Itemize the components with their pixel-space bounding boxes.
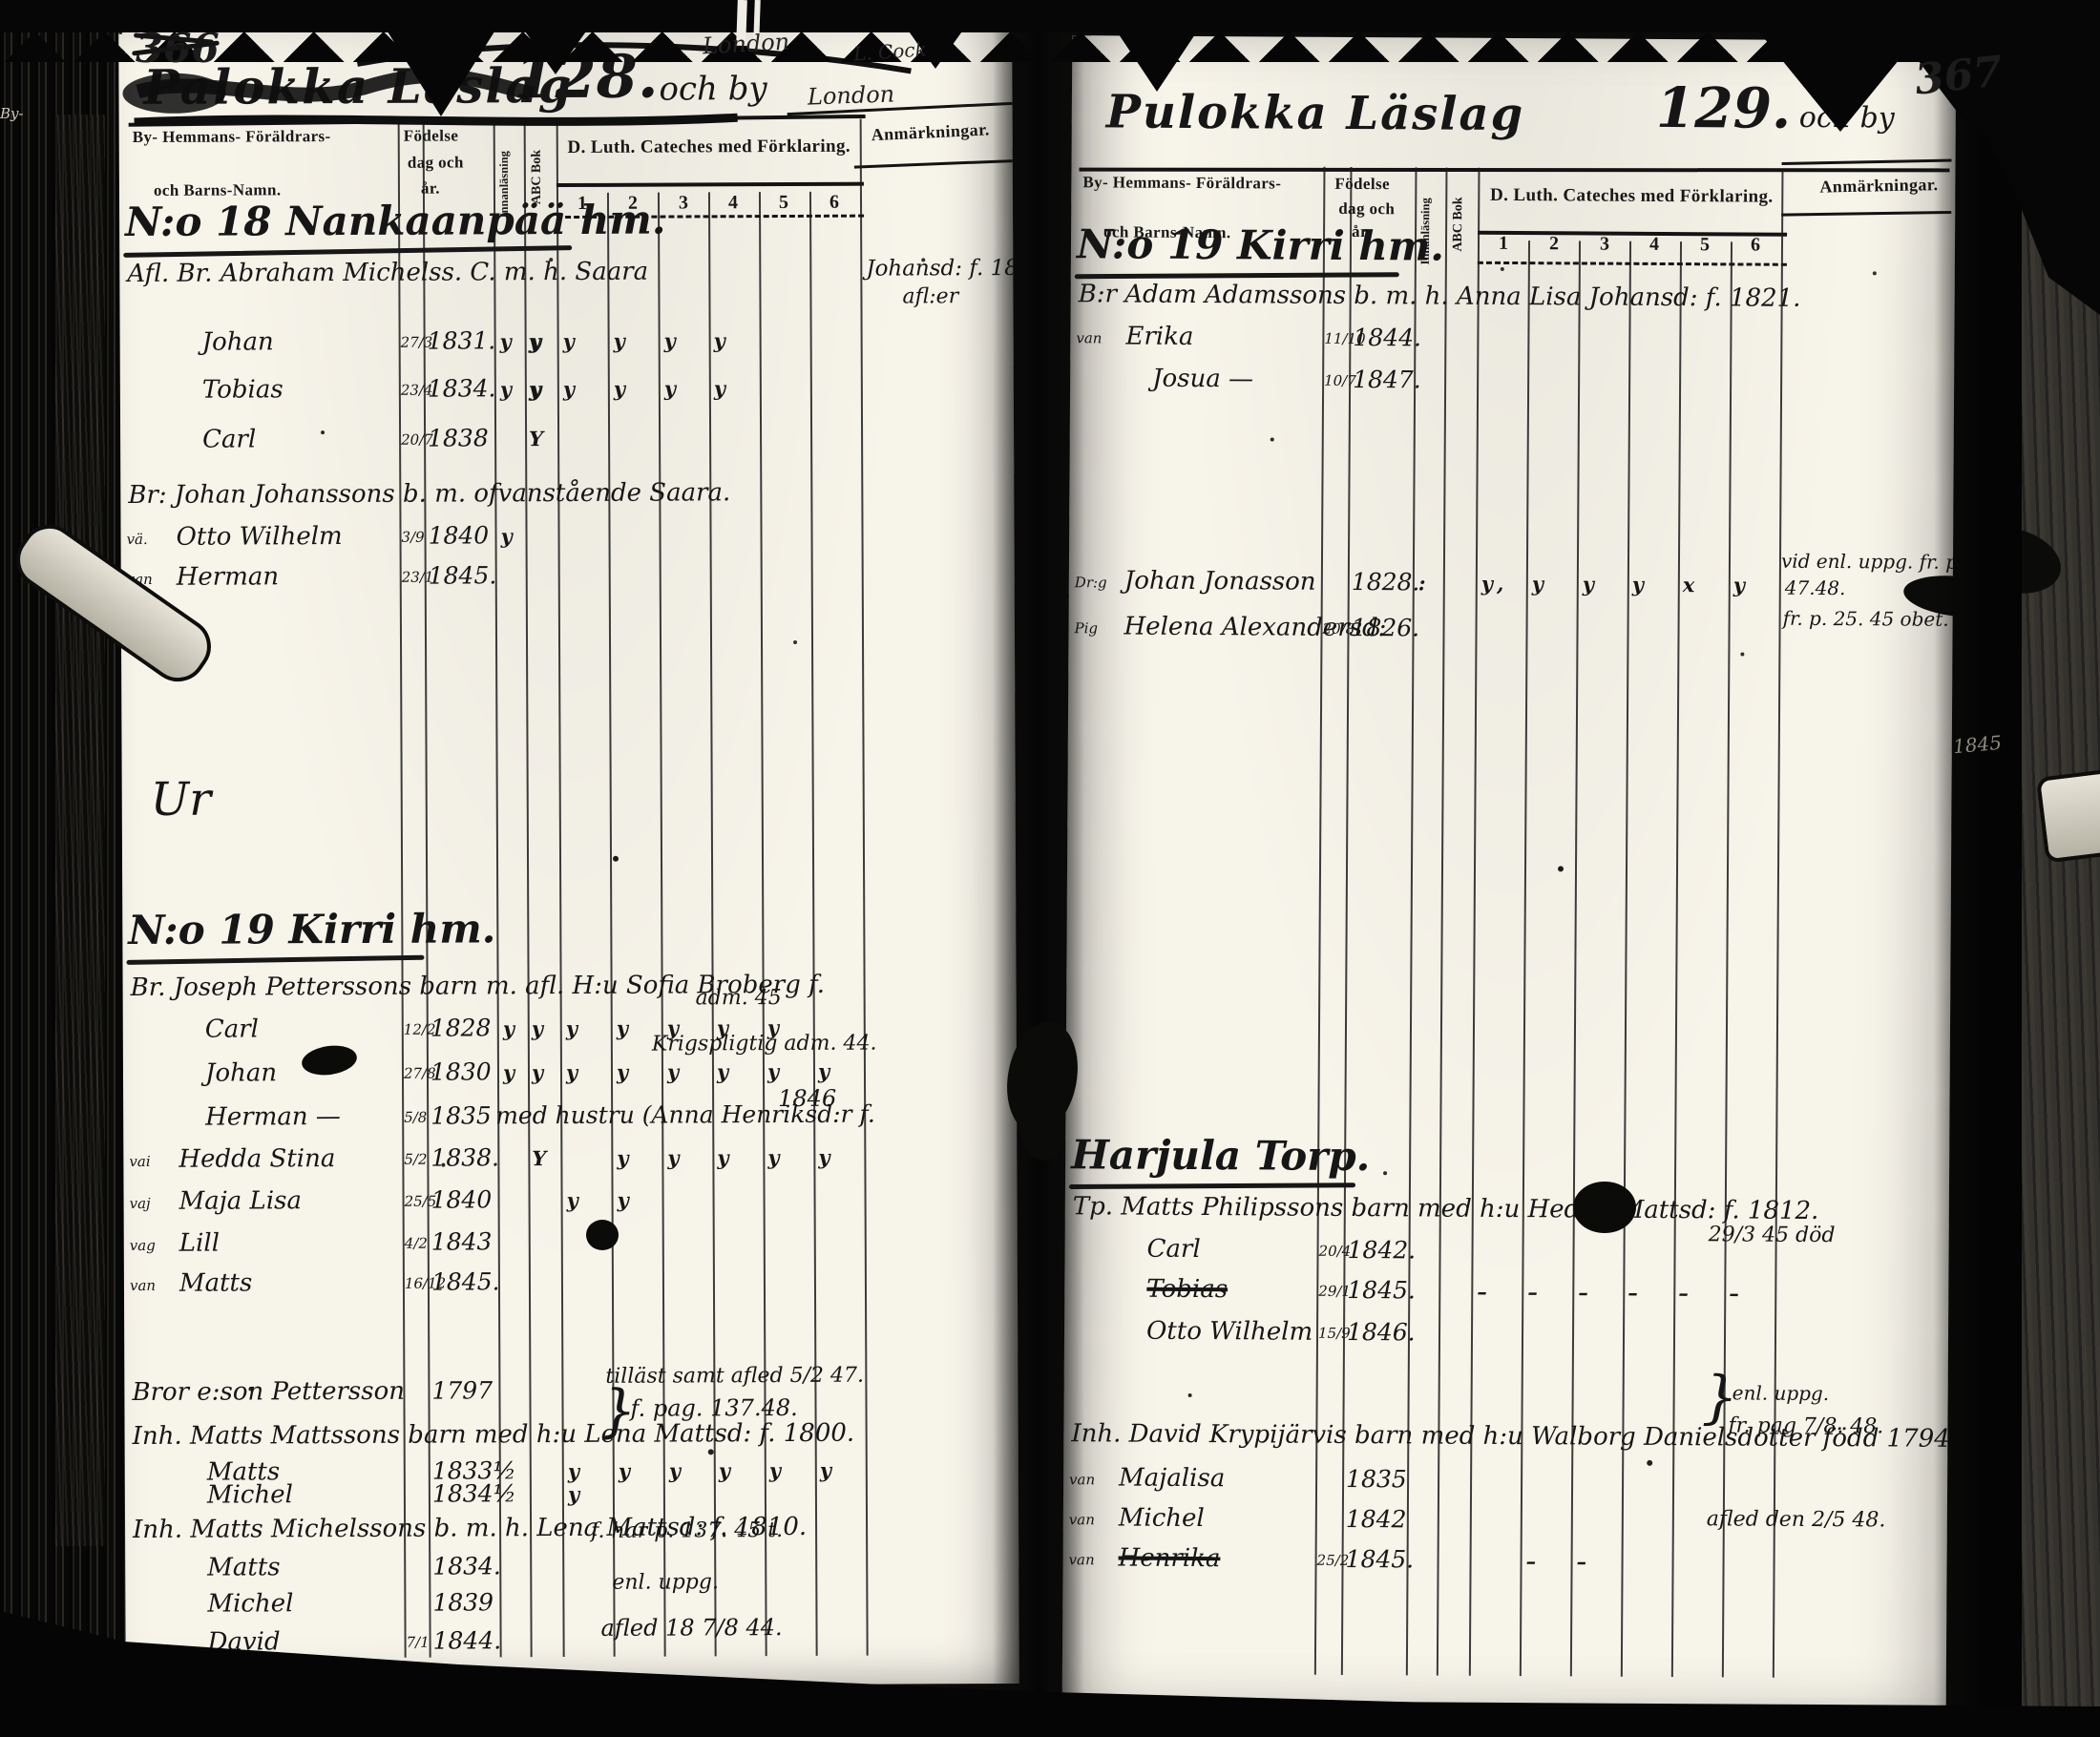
heading-underline (126, 955, 424, 965)
person-name: Otto Wilhelm (176, 522, 342, 552)
check-mark: y (1532, 572, 1549, 596)
section-heading: N:o 19 Kirri hm. (128, 905, 495, 953)
check-mark: y (714, 328, 731, 352)
corner-page-number: 367 (1913, 47, 2005, 104)
person-name: Maja Lisa (179, 1186, 303, 1216)
check-mark: y (669, 1458, 686, 1482)
margin-note: enl. uppg. (1732, 1381, 1830, 1405)
brace-mark: } (599, 1378, 636, 1445)
check-mark: y (563, 377, 580, 401)
grid-line (860, 119, 869, 1656)
record-head-row: B:r Adam Adamssons b. m. h. Anna Lisa Jo… (1079, 280, 1801, 313)
book-clasp (2036, 768, 2100, 863)
check-mark: Y (529, 427, 549, 450)
column-header-abc: ABC Bok (1451, 176, 1466, 252)
birth-year: 1844. (433, 1626, 502, 1654)
birth-date: 10/7 (1324, 372, 1356, 389)
check-mark: – (1729, 1281, 1745, 1305)
check-mark: y (529, 377, 546, 401)
heading-underline (1069, 1182, 1355, 1189)
person-name: Henrika (1118, 1544, 1220, 1574)
check-mark: y (618, 1188, 635, 1212)
check-mark: y (714, 376, 731, 400)
check-mark: y (1632, 573, 1649, 596)
check-mark: y (566, 1060, 583, 1084)
record-head-row: Inh. Matts Mattssons barn med h:u Lena M… (133, 1419, 855, 1451)
name-prefix: vä. (127, 531, 148, 548)
birth-year: 1830 (430, 1057, 492, 1085)
check-mark: y (719, 1458, 736, 1482)
margin-note: afled 18 7/8 44. (600, 1614, 782, 1642)
torn-edge (0, 0, 2100, 32)
margin-note: fr. pag 7/8. 48. (1728, 1413, 1883, 1438)
check-mark: y (1733, 573, 1751, 596)
grid-line (1671, 241, 1682, 1677)
person-name: David (208, 1627, 281, 1656)
page-title: Pulokka Läslag (1106, 85, 1525, 141)
birth-year: 1835 (430, 1101, 492, 1129)
person-name: Majalisa (1119, 1464, 1225, 1494)
birth-date: 29/1 (1318, 1283, 1351, 1300)
check-mark: y, (1481, 572, 1510, 596)
birth-year: 1838 (428, 424, 489, 451)
birth-date: 25/2 (1317, 1552, 1350, 1569)
birth-year: 1842. (1347, 1236, 1416, 1264)
margin-note: 29/3 45 död (1709, 1223, 1836, 1247)
left-page: Palokka Läslag 128. och by By- Hemmans- … (118, 27, 1019, 1687)
torn-edge-tooth (523, 29, 588, 74)
person-name: Hedda Stina (178, 1144, 335, 1174)
check-mark: y (820, 1458, 837, 1482)
check-mark: – (1527, 1280, 1543, 1304)
catechism-rule (1478, 231, 1787, 237)
check-mark: y (568, 1482, 585, 1506)
check-mark: – (1477, 1280, 1493, 1304)
person-name: Matts (207, 1553, 281, 1581)
column-header-birth: Födelse (1334, 175, 1390, 194)
margin-note: enl. uppg. (612, 1570, 719, 1594)
margin-note: vid enl. uppg. fr. p. 123. bevistat (1781, 550, 1956, 575)
birth-year: 1840 (428, 521, 489, 549)
birth-year: 1834½ (432, 1479, 516, 1507)
check-mark: y (617, 1060, 634, 1084)
check-mark: x (1683, 573, 1701, 596)
book-spine-texture (55, 115, 105, 1546)
column-header-catechism: D. Luth. Cateches med Förklaring. (1478, 185, 1785, 208)
person-name: Josua — (1152, 365, 1253, 394)
birth-year: 1840 (431, 1185, 493, 1213)
birth-year: 1845. (429, 561, 497, 589)
check-mark: y (667, 1059, 684, 1083)
person-name: Michel (1119, 1504, 1205, 1534)
check-mark: y (717, 1145, 734, 1169)
remarks-box-rule (1782, 158, 1952, 165)
person-name: Carl (205, 1015, 259, 1043)
check-mark: y (566, 1016, 583, 1040)
birth-year: 1828. (1352, 568, 1420, 596)
birth-year: 1797 (431, 1376, 493, 1404)
column-header-name: By- Hemmans- Föräldrars- (1082, 173, 1281, 193)
birth-year: 1847. (1353, 366, 1421, 393)
check-mark: y (617, 1016, 634, 1040)
margin-note: afled den 2/5 48. (1707, 1507, 1886, 1532)
person-name: Herman (177, 562, 280, 591)
check-mark: y (529, 329, 546, 353)
ink-blot (586, 1220, 619, 1250)
section-heading: Harjula Torp. (1071, 1131, 1370, 1180)
margin-fragment: 1845 (1952, 731, 2003, 758)
check-mark: y (503, 1016, 520, 1040)
catechism-dashed-rule (1478, 262, 1787, 266)
margin-note: Krigspligtig adm. 44. (652, 1032, 877, 1057)
name-prefix: van (130, 1277, 156, 1294)
birth-date: 7/1 (407, 1634, 430, 1651)
margin-note: Ur (151, 773, 212, 827)
birth-date: 4/2 (405, 1235, 428, 1252)
birth-year: 1831. (428, 326, 496, 354)
catechism-subcolumn: 5 (1700, 234, 1710, 256)
birth-year: 1838. (430, 1143, 499, 1171)
person-name: Johan (205, 1058, 277, 1087)
check-mark: y (667, 1145, 684, 1169)
birth-date: 5/8 (404, 1109, 427, 1126)
catechism-subcolumn: 1 (1499, 233, 1508, 255)
birth-year: 1842 (1346, 1505, 1407, 1533)
check-mark: y (614, 377, 631, 401)
check-mark: y (1583, 572, 1600, 596)
catechism-subcolumn: 6 (1751, 235, 1760, 257)
person-name: Matts (179, 1268, 253, 1297)
record-head-row: Br: Johan Johanssons b. m. ofvanstående … (128, 478, 730, 510)
person-name: Erika (1125, 323, 1193, 351)
torn-edge (1934, 0, 2022, 1737)
check-mark: y (767, 1145, 785, 1169)
check-mark: y (619, 1459, 636, 1483)
header-top-rule (1079, 168, 1949, 173)
person-name: Michel (207, 1589, 293, 1618)
birth-year: 1834. (432, 1552, 501, 1580)
record-head-row: Tp. Matts Philipssons barn med h:u Hedda… (1073, 1192, 1819, 1225)
person-name: Carl (202, 425, 256, 453)
check-mark: y (500, 524, 517, 548)
birth-year: 1843 (431, 1227, 493, 1255)
birth-date: 3/9 (401, 529, 424, 546)
grid-line (1621, 241, 1631, 1677)
grid-line (1520, 241, 1530, 1676)
check-mark: y (664, 328, 682, 352)
check-mark: Y (532, 1146, 552, 1170)
check-mark: y (614, 329, 631, 353)
gutter-ink-blot (1021, 1105, 1065, 1161)
person-name: Herman — (205, 1102, 341, 1132)
grid-line (1722, 241, 1732, 1677)
check-mark: y (532, 1016, 549, 1040)
check-mark: y (818, 1059, 835, 1083)
birth-year: 1826. (1351, 614, 1419, 641)
margin-note: f. pag. 137.48. (630, 1394, 797, 1422)
margin-note: f. har p. 137. 45 t. (591, 1518, 783, 1543)
person-name: Michel (207, 1480, 293, 1509)
check-mark: y (532, 1060, 549, 1084)
birth-year: 1835 (1346, 1465, 1407, 1493)
right-page: Pulokka Läslag 129. och by By- Hemmans- … (1062, 35, 1957, 1706)
page-gutter (993, 0, 1084, 1737)
birth-year: 1845. (1346, 1545, 1415, 1573)
birth-date: 20/4 (1319, 1243, 1352, 1260)
margin-note: tilläst samt afled 5/2 47. (605, 1364, 864, 1389)
birth-year: 1845. (431, 1267, 500, 1295)
margin-fragment: By- (0, 105, 24, 122)
person-name: Carl (1146, 1235, 1200, 1264)
check-mark: – (1627, 1281, 1644, 1305)
birth-date: 15/9 (1318, 1325, 1351, 1342)
column-header-birth: dag och (1338, 199, 1395, 219)
check-mark: y (503, 1060, 520, 1084)
person-name: Johan Jonasson (1124, 567, 1316, 596)
birth-date: 20/8 (1322, 620, 1354, 638)
check-mark: y (568, 1459, 585, 1483)
check-mark: – (1578, 1280, 1594, 1304)
torn-edge-tooth (386, 29, 496, 116)
check-mark: y (769, 1458, 787, 1482)
birth-year: 1846. (1347, 1318, 1416, 1346)
person-name: Lill (179, 1229, 220, 1258)
record-head-row: Afl. Br. Abraham Michelss. C. m. h. Saar… (127, 258, 648, 288)
catechism-subcolumn: 2 (1549, 233, 1559, 255)
person-name: Otto Wilhelm (1146, 1317, 1312, 1347)
check-mark: : (1418, 571, 1432, 595)
margin-note: adm. 45 (696, 986, 782, 1010)
catechism-subcolumn: 3 (1600, 234, 1609, 256)
person-name: Johan (202, 327, 274, 356)
title-annotation: London (702, 29, 789, 60)
name-prefix: vaj (130, 1195, 151, 1212)
scanned-book-spread: Palokka Läslag 128. och by By- Hemmans- … (0, 0, 2100, 1737)
check-mark: – (1526, 1549, 1543, 1573)
record-head-row: Bror e:son Pettersson (132, 1377, 405, 1407)
row-remark: afl:er (902, 284, 958, 308)
grid-line (1570, 241, 1581, 1676)
check-mark: y (818, 1145, 835, 1169)
ink-blot (1573, 1182, 1636, 1233)
person-name: Tobias (202, 375, 283, 404)
heading-underline (123, 245, 572, 258)
name-prefix: vai (129, 1153, 150, 1170)
check-mark: y (717, 1059, 734, 1083)
name-prefix: vag (130, 1237, 156, 1254)
column-header-remarks: Anmärkningar. (1819, 175, 1938, 197)
birth-year: 1844. (1353, 324, 1421, 351)
person-name: Tobias (1146, 1275, 1228, 1305)
title-annotation: London (808, 80, 895, 110)
check-mark: y (617, 1146, 634, 1170)
catechism-subcolumn: 4 (1649, 234, 1659, 256)
check-mark: y (567, 1188, 584, 1212)
margin-note: 47.48. (1785, 576, 1846, 599)
check-mark: y (563, 329, 580, 353)
section-heading: N:o 19 Kirri hm. (1077, 220, 1444, 269)
birth-year: 1845. (1347, 1276, 1416, 1304)
margin-note: 1846 (778, 1085, 836, 1112)
birth-date: 5/2 (404, 1151, 427, 1168)
check-mark: y (767, 1059, 785, 1083)
check-mark: – (1577, 1549, 1593, 1573)
birth-year: 1839 (432, 1588, 493, 1616)
birth-year: 1834. (428, 374, 496, 402)
check-mark: – (1678, 1281, 1694, 1305)
torn-edge-tooth (1115, 29, 1199, 92)
check-mark: y (664, 376, 682, 400)
birth-year: 1828 (430, 1014, 492, 1041)
remarks-box-rule (1781, 211, 1951, 217)
